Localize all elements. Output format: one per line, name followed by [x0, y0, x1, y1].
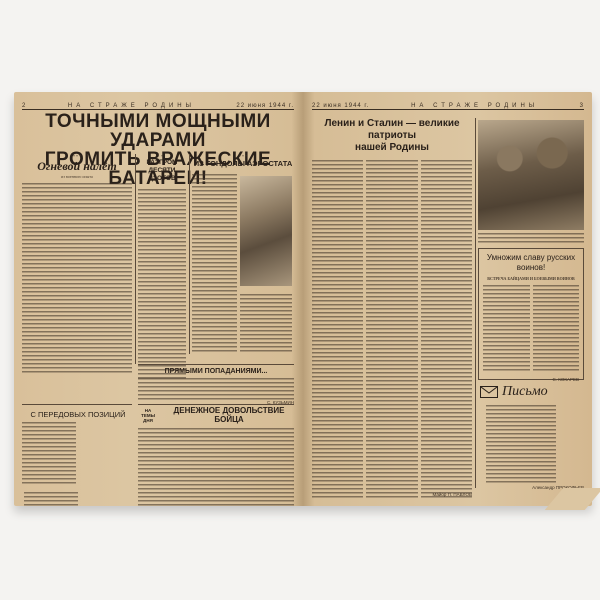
newspaper-spread: 2 НА СТРАЖЕ РОДИНЫ 22 июня 1944 г. ТОЧНЫ…: [14, 92, 592, 506]
article-title: Огневой налёт: [22, 159, 132, 174]
article-body: [22, 183, 132, 373]
article-body: [192, 174, 237, 354]
topic-tag: НА ТЕМЫ ДНЯ: [138, 408, 158, 423]
article-body: [138, 189, 186, 379]
left-page: 2 НА СТРАЖЕ РОДИНЫ 22 июня 1944 г. ТОЧНЫ…: [14, 92, 302, 506]
article-fire-raid: * * * Огневой налёт из военного опыта: [22, 154, 132, 373]
right-running-head: 22 июня 1944 г. НА СТРАЖЕ РОДИНЫ 3: [312, 100, 584, 110]
photo-soldiers-with-banner: [478, 120, 584, 230]
column-divider: [135, 154, 136, 364]
poem-body: [486, 405, 556, 485]
photo-caption: [478, 233, 584, 245]
article-soldier-pay: НА ТЕМЫ ДНЯ ДЕНЕЖНОЕ ДОВОЛЬСТВИЕ БОЙЦА: [138, 388, 294, 506]
running-title: НА СТРАЖЕ РОДИНЫ: [411, 103, 538, 109]
left-running-head: 2 НА СТРАЖЕ РОДИНЫ 22 июня 1944 г.: [22, 100, 294, 110]
poem-letter: Письмо Александр ПРОКОФЬЕВ: [480, 384, 584, 490]
article-front-positions: С ПЕРЕДОВЫХ ПОЗИЦИЙ Сержант Н. АЛЕКСЕЕВ …: [22, 410, 134, 506]
article-body: [240, 294, 292, 354]
article-title: Ленин и Сталин — великие патриоты нашей …: [312, 118, 472, 154]
article-balloon-gondola: * * * ИЗ ГОНДОЛЫ АЭРОСТАТА: [192, 154, 294, 168]
page-number: 2: [22, 103, 26, 109]
issue-date: 22 июня 1944 г.: [312, 103, 370, 109]
article-pillbox-destruction: * РАЗГРОМ ДЕСЯТИ ДЗОТОВ: [138, 154, 186, 379]
envelope-icon: [480, 386, 498, 398]
article-body: [138, 428, 294, 506]
right-page: 22 июня 1944 г. НА СТРАЖЕ РОДИНЫ 3 Ленин…: [304, 92, 592, 506]
column-divider: [189, 154, 190, 354]
article-lenin-stalin: Ленин и Сталин — великие патриоты нашей …: [312, 118, 472, 497]
article-russian-warriors-glory: Умножим славу русских воинов! ВСТРЕЧА БА…: [478, 248, 584, 380]
running-title: НА СТРАЖЕ РОДИНЫ: [68, 103, 195, 109]
photo-balloon-observer: [240, 176, 292, 286]
page-number: 3: [580, 103, 584, 109]
issue-date: 22 июня 1944 г.: [236, 103, 294, 109]
